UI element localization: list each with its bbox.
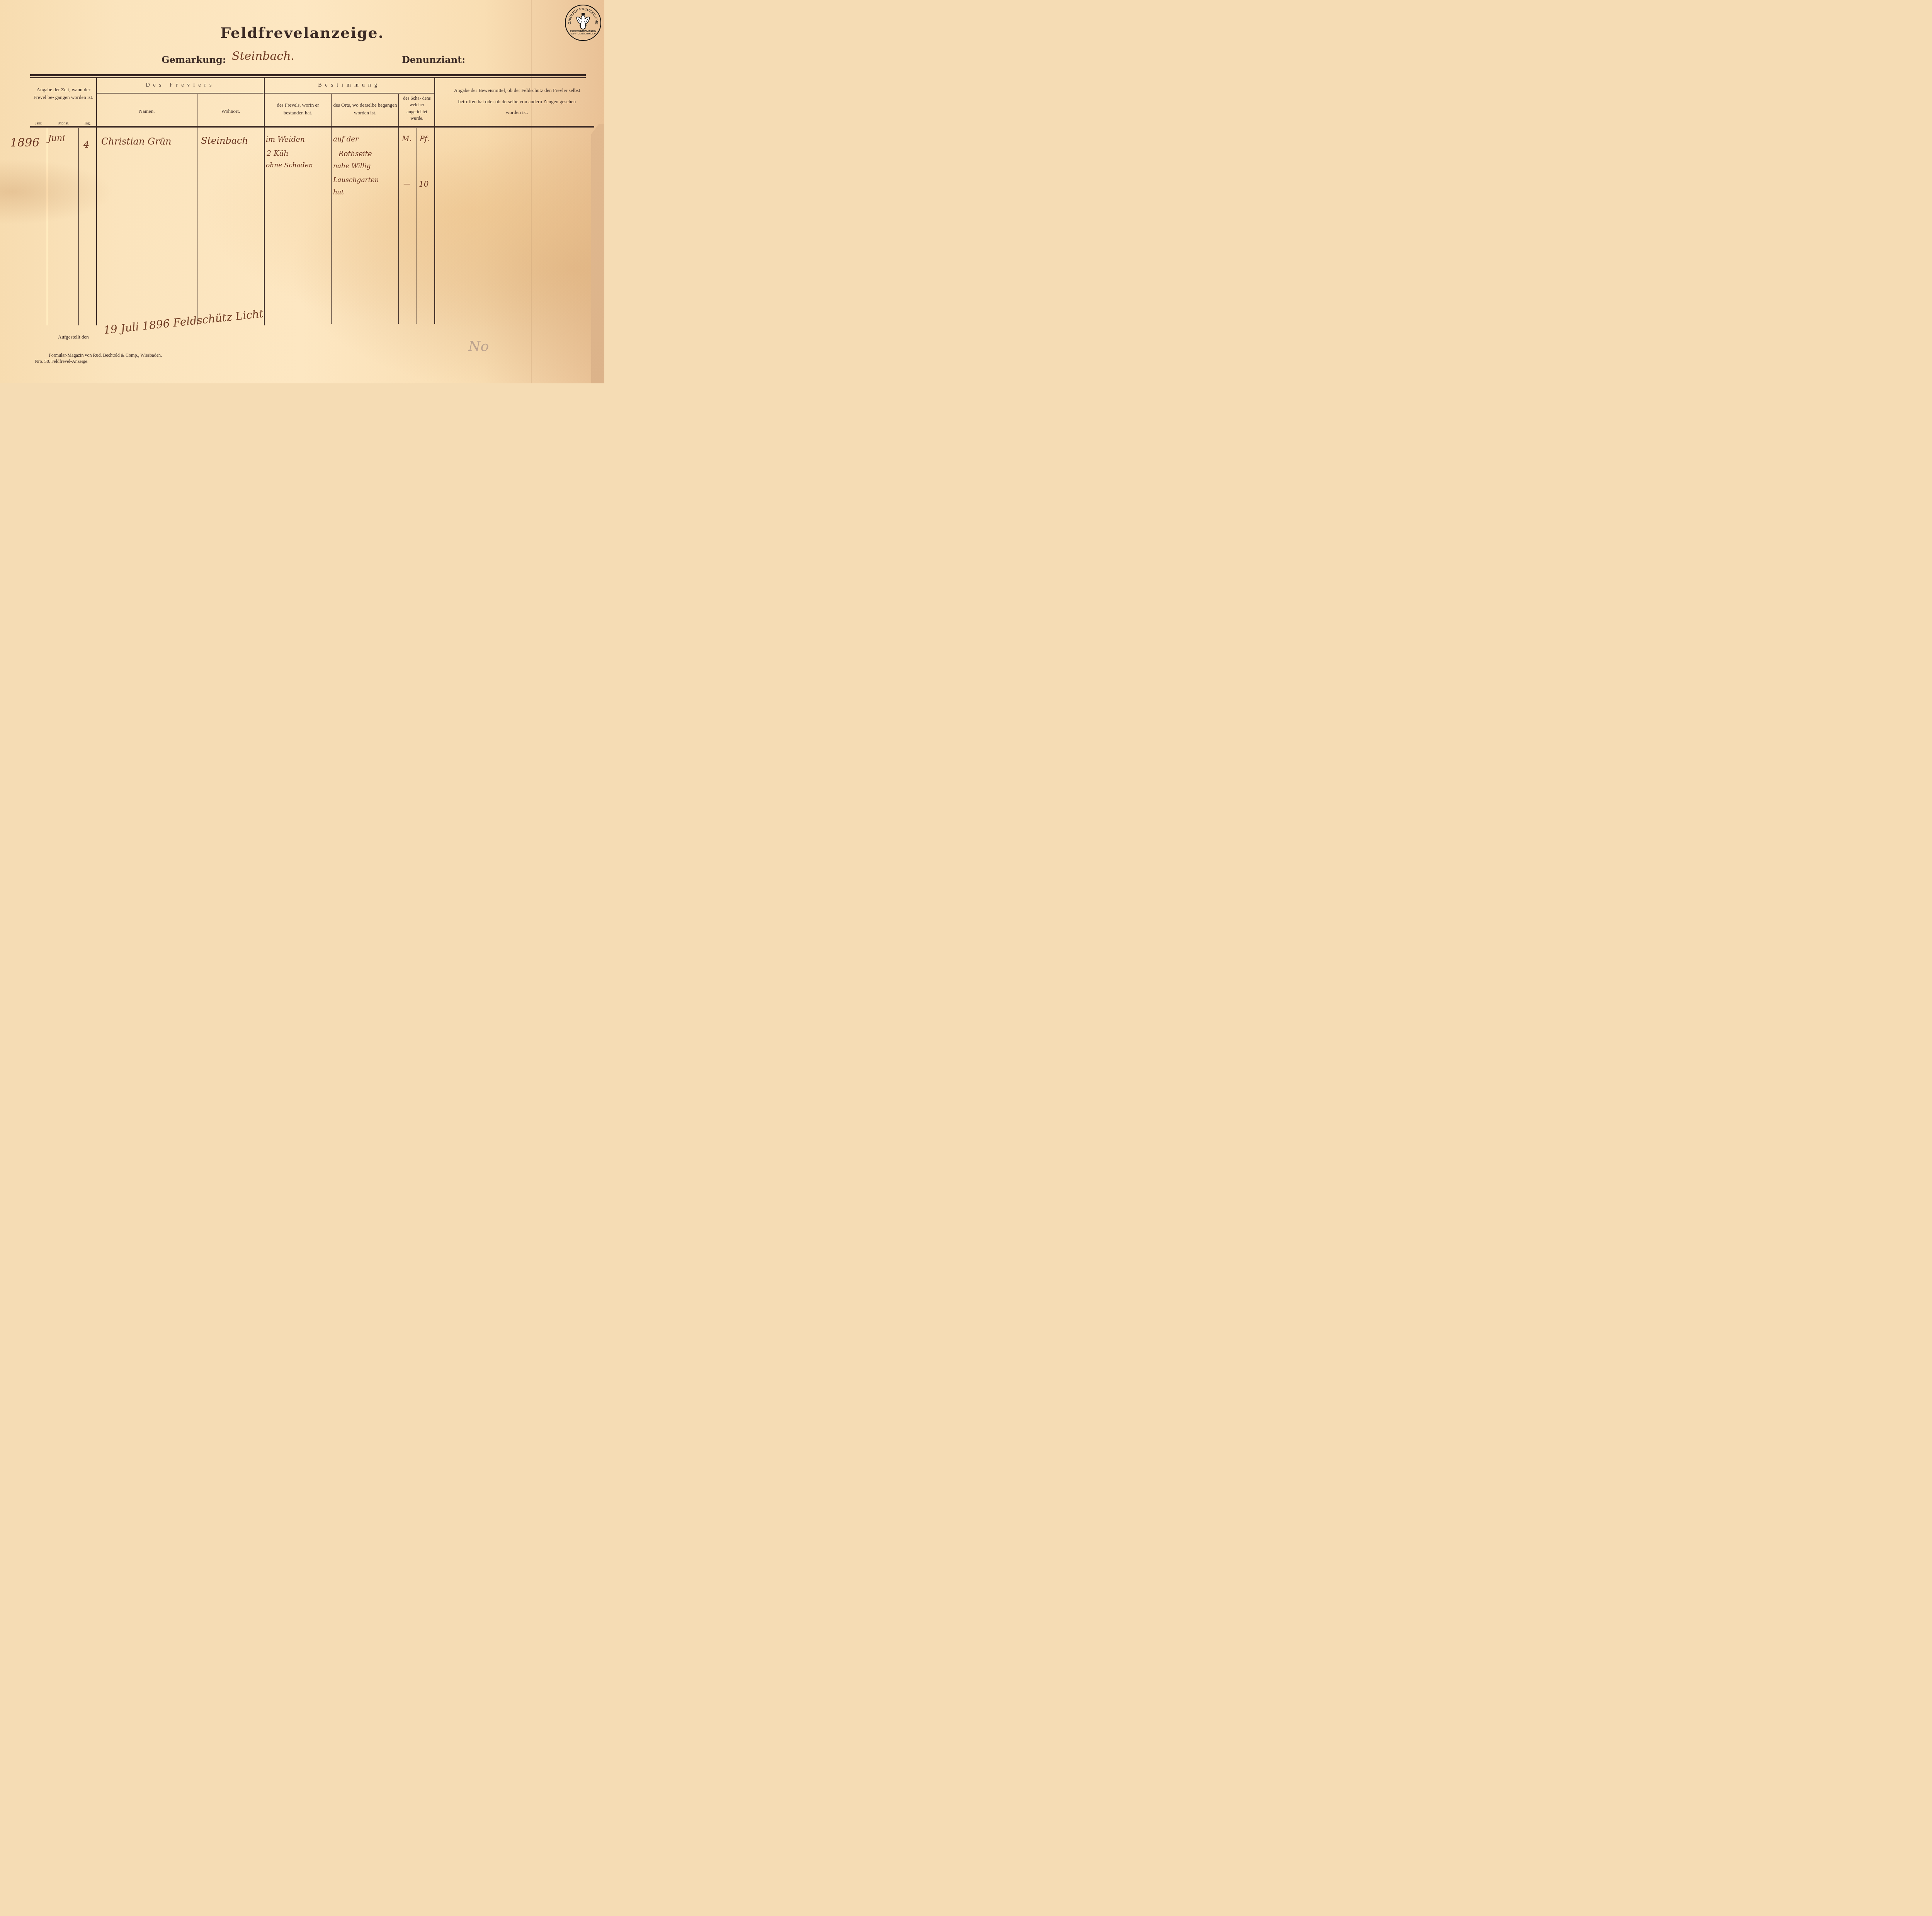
- table-header-bottom-rule: [30, 126, 594, 128]
- header-jahr: Jahr.: [31, 121, 46, 127]
- header-monat: Monat.: [54, 121, 73, 127]
- cell-wohnort: Steinbach: [201, 135, 248, 146]
- col-divider-monat: [47, 128, 47, 325]
- group-header-rule-bestimmung: [264, 93, 434, 94]
- cell-schaden-pf-label: Pf.: [420, 134, 429, 143]
- gemarkung-value: Steinbach.: [232, 49, 294, 63]
- header-zeit: Angabe der Zeit, wann der Frevel be- gan…: [32, 86, 95, 101]
- col-divider-ort-schaden: [398, 94, 399, 324]
- gemarkung-label: Gemarkung:: [162, 54, 226, 65]
- form-number: Nro. 50. Feldfrevel-Anzeige.: [35, 359, 88, 364]
- cell-schaden-mark-label: M.: [402, 134, 412, 143]
- cell-ort-line: Lauschgarten: [333, 176, 379, 184]
- table-top-rule: [30, 74, 586, 76]
- table-top-rule-inner: [30, 77, 586, 78]
- cell-namen: Christian Grün: [101, 136, 172, 147]
- col-divider-beweis: [434, 78, 435, 324]
- cell-schaden-mark: —: [403, 180, 410, 188]
- cell-ort-line: nahe Willig: [333, 162, 371, 170]
- document-paper: [0, 0, 604, 383]
- publisher-imprint: Formular-Magazin von Rud. Bechtold & Com…: [49, 352, 162, 358]
- header-wohnort: Wohnort.: [198, 107, 264, 115]
- document-title: Feldfrevelanzeige.: [0, 24, 604, 41]
- cell-jahr: 1896: [10, 136, 39, 150]
- col-divider-frevlers-bestimmung: [264, 78, 265, 325]
- cell-schaden-pfennig: 10: [419, 179, 429, 189]
- cell-ort-line: Rothseite: [338, 150, 372, 158]
- cell-tag: 4: [83, 139, 89, 150]
- col-divider-frevel-ort: [331, 94, 332, 324]
- cell-monat: Juni: [48, 134, 65, 143]
- cell-frevel-line: ohne Schaden: [266, 162, 313, 169]
- header-schaden: des Scha- dens welcher angerichtet wurde…: [400, 95, 434, 122]
- header-group-frevlers: Des Frevlers: [97, 81, 264, 90]
- cell-frevel-line: 2 Küh: [267, 149, 288, 158]
- col-divider-mark-pfennig: [417, 128, 417, 324]
- header-namen: Namen.: [97, 107, 196, 115]
- header-ort: des Orts, wo derselbe begangen worden is…: [333, 101, 397, 117]
- denunziant-label: Denunziant:: [402, 54, 465, 65]
- cell-ort-line: hat: [333, 189, 344, 196]
- header-frevel: des Frevels, worin er bestanden hat.: [267, 101, 329, 117]
- col-divider-zeit: [96, 78, 97, 325]
- paper-fold: [531, 0, 532, 383]
- torn-paper-edge: [591, 124, 604, 383]
- header-tag: Tag.: [80, 121, 94, 127]
- header-beweis: Angabe der Beweismittel, ob der Feldschü…: [451, 85, 583, 118]
- pencil-mark: No: [468, 339, 489, 354]
- col-divider-tag: [78, 128, 79, 325]
- aufgestellt-label: Aufgestellt den: [58, 334, 89, 340]
- col-divider-namen-wohnort: [197, 94, 197, 325]
- group-header-rule-frevlers: [97, 93, 264, 94]
- cell-ort-line: auf der: [333, 135, 359, 143]
- cell-frevel-line: im Weiden: [266, 135, 305, 144]
- header-group-bestimmung: Bestimmung: [265, 81, 434, 90]
